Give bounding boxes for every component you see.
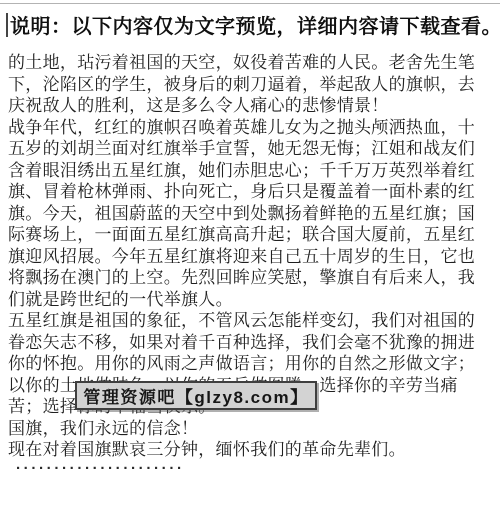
text-line: 五岁的刘胡兰面对红旗举手宣誓，她无怨无悔；江姐和战友们: [8, 138, 496, 160]
text-line: 旗迎风招展。今年五星红旗将迎来自己五十周岁的生日，它也: [8, 246, 496, 268]
text-line: 的土地，玷污着祖国的天空，奴役着苦难的人民。老舍先生笔: [8, 52, 496, 74]
preview-notice-text: 说明：以下内容仅为文字预览，详细内容请下载查看。: [10, 10, 500, 39]
text-caret-bar: [6, 13, 8, 37]
ellipsis-line: ......................: [16, 456, 185, 473]
text-line: 含着眼泪绣出五星红旗，她们赤胆忠心；千千万万英烈举着红: [8, 160, 496, 182]
text-line: 战争年代，红红的旗帜召唤着英雄儿女为之抛头颅洒热血，十: [8, 117, 496, 139]
preview-notice-header: 说明：以下内容仅为文字预览，详细内容请下载查看。: [6, 10, 500, 39]
watermark-label: 管理资源吧【glzy8.com】: [83, 383, 308, 408]
text-line: 国旗，我们永远的信念！: [8, 418, 496, 440]
text-line: 你的怀抱。用你的风雨之声做语言；用你的自然之形做文字；: [8, 353, 496, 375]
watermark-badge: 管理资源吧【glzy8.com】: [75, 381, 317, 410]
text-line: 庆祝敌人的胜利，这是多么令人痛心的悲惨情景！: [8, 95, 496, 117]
top-divider-line: [0, 3, 500, 4]
text-line: 们就是跨世纪的一代举旗人。: [8, 289, 496, 311]
document-preview-page: 说明：以下内容仅为文字预览，详细内容请下载查看。 的土地，玷污着祖国的天空，奴役…: [0, 0, 500, 519]
text-line: 五星红旗是祖国的象征，不管风云怎能样变幻，我们对祖国的: [8, 310, 496, 332]
text-line: 眷恋矢志不移，如果对着千百种选择，我们会毫不犹豫的拥进: [8, 332, 496, 354]
text-line: 下，沦陷区的学生，被身后的刺刀逼着，举起敌人的旗帜，去: [8, 74, 496, 96]
text-line: 旗、冒着枪林弹雨、扑向死亡，身后只是覆盖着一面朴素的红: [8, 181, 496, 203]
text-line: 将飘扬在澳门的上空。先烈回眸应笑慰，擎旗自有后来人，我: [8, 267, 496, 289]
text-line: 际赛场上，一面面五星红旗高高升起；联合国大厦前，五星红: [8, 224, 496, 246]
text-line: 旗。今天，祖国蔚蓝的天空中到处飘扬着鲜艳的五星红旗；国: [8, 203, 496, 225]
